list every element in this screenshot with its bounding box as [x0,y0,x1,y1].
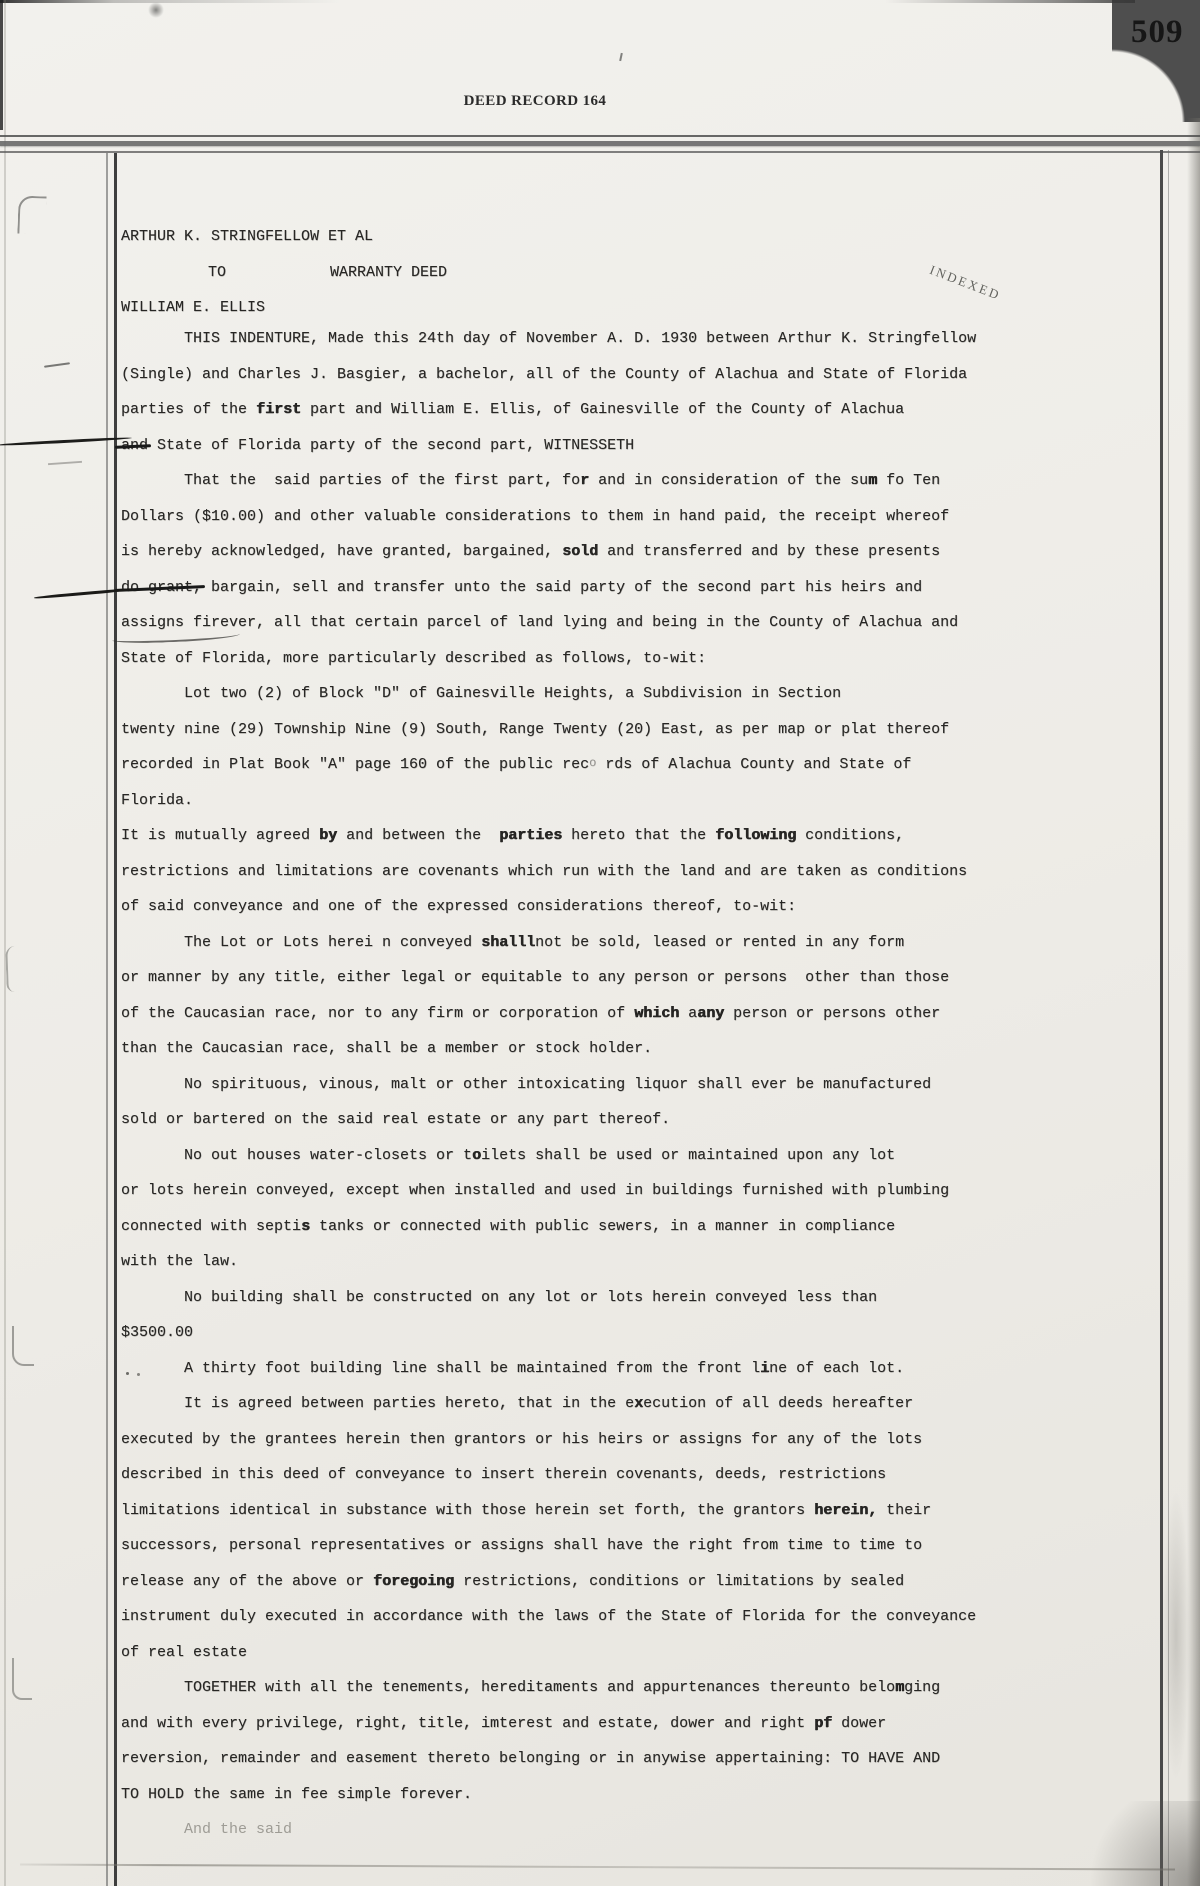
line-segment: instrument duly executed in accordance w… [121,1608,976,1625]
scan-speck [619,53,623,61]
document-line: connected with septis tanks or connected… [121,1218,1041,1254]
document-line: of real estate [121,1644,1041,1680]
scan-edge-left-dark [0,0,3,130]
line-segment: sold or bartered on the said real estate… [121,1111,670,1128]
ghost-typed-line: And the said [121,1821,1041,1851]
line-segment: The Lot or Lots herei n conveyed [184,934,481,951]
line-segment: of the Caucasian race, nor to any firm o… [121,1005,634,1022]
line-segment: A thirty foot building line shall be mai… [184,1360,760,1377]
line-segment: limitations identical in substance with … [121,1502,814,1519]
pen-mark-corner-bracket [12,1326,34,1366]
deed-text-body: THIS INDENTURE, Made this 24th day of No… [121,330,1041,1851]
document-line: release any of the above or foregoing re… [121,1573,1041,1609]
line-segment: fo Ten [877,472,940,489]
line-segment: foregoing [373,1573,454,1590]
header-rule-thin-bottom [0,151,1200,153]
line-segment: release any of the above or [121,1573,373,1590]
document-line: executed by the grantees herein then gra… [121,1431,1041,1467]
header-rule-thin-top [0,135,1200,137]
pen-mark-paren-bracket [5,946,21,992]
line-segment: ne of each lot. [769,1360,904,1377]
line-segment: do grant, [121,579,202,596]
document-line: and with every privilege, right, title, … [121,1715,1041,1751]
line-segment: hereto that the [562,827,715,844]
scan-edge-left [4,0,6,1886]
line-segment: restrictions and limitations are covenan… [121,863,967,880]
line-segment: successors, personal representatives or … [121,1537,922,1554]
document-line: It is agreed between parties hereto, tha… [121,1395,1041,1431]
document-line: reversion, remainder and easement theret… [121,1750,1041,1786]
line-segment: any [697,1005,724,1022]
document-line: assigns firever, all that certain parcel… [121,614,1041,650]
document-line: parties of the first part and William E.… [121,401,1041,437]
line-segment: dower [832,1715,886,1732]
line-segment: m [868,472,877,489]
line-segment: Florida. [121,792,193,809]
document-line: of the Caucasian race, nor to any firm o… [121,1005,1041,1041]
line-segment: sold [562,543,598,560]
line-segment: bargain, sell and transfer unto the said… [202,579,922,596]
document-line: Lot two (2) of Block "D" of Gainesville … [121,685,1041,721]
line-segment: ging [904,1679,940,1696]
line-segment: than the Caucasian race, shall be a memb… [121,1040,652,1057]
pen-mark-dash [48,461,82,465]
line-segment: with the law. [121,1253,238,1270]
document-line: recorded in Plat Book "A" page 160 of th… [121,756,1041,792]
left-margin-rule [106,153,117,1886]
pen-mark-strike-do-grant [34,588,134,600]
document-line: of said conveyance and one of the expres… [121,898,1041,934]
line-segment: tanks or connected with public sewers, i… [310,1218,895,1235]
line-segment: part and William E. Ellis, of Gainesvill… [301,401,904,418]
header-rule-thick [0,141,1200,146]
scan-edge-top [0,0,1135,3]
line-segment: pf [814,1715,832,1732]
document-line: (Single) and Charles J. Basgier, a bache… [121,366,1041,402]
line-segment: i [760,1360,769,1377]
line-segment: Dollars ($10.00) and other valuable cons… [121,508,949,525]
document-line: with the law. [121,1253,1041,1289]
document-line: instrument duly executed in accordance w… [121,1608,1041,1644]
line-segment: connected with septi [121,1218,301,1235]
line-segment: and transferred and by these presents [598,543,940,560]
document-line: THIS INDENTURE, Made this 24th day of No… [121,330,1041,366]
line-segment: State of Florida party of the second par… [148,437,634,454]
document-line: successors, personal representatives or … [121,1537,1041,1573]
document-line: is hereby acknowledged, have granted, ba… [121,543,1041,579]
document-line: State of Florida, more particularly desc… [121,650,1041,686]
document-line: It is mutually agreed by and between the… [121,827,1041,863]
scan-smudge [148,2,164,18]
document-line: A thirty foot building line shall be mai… [121,1360,1041,1396]
line-segment: herein, [814,1502,877,1519]
line-segment: conditions, [796,827,904,844]
line-segment: person or persons other [724,1005,940,1022]
line-segment: and between the [337,827,499,844]
line-segment: s [301,1218,310,1235]
line-segment: described in this deed of conveyance to … [121,1466,886,1483]
page-number: 509 [1131,14,1184,51]
document-line: or lots herein conveyed, except when ins… [121,1182,1041,1218]
document-line: restrictions and limitations are covenan… [121,863,1041,899]
line-segment: ecution of all deeds hereafter [643,1395,913,1412]
line-segment: not be sold, leased or rented in any for… [535,934,904,951]
line-segment: r [580,472,589,489]
line-segment: reversion, remainder and easement theret… [121,1750,940,1767]
line-segment: following [715,827,796,844]
document-line: Dollars ($10.00) and other valuable cons… [121,508,1041,544]
line-segment: No spirituous, vinous, malt or other int… [184,1076,931,1093]
line-segment: TOGETHER with all the tenements, heredit… [184,1679,895,1696]
line-segment: shalll [481,934,535,951]
grantor-name: ARTHUR K. STRINGFELLOW ET AL [121,228,373,245]
pen-mark-dots [126,1372,129,1375]
line-segment: No out houses water-closets or t [184,1147,472,1164]
line-segment: or lots herein conveyed, except when ins… [121,1182,949,1199]
document-line: TO HOLD the same in fee simple forever. [121,1786,1041,1822]
line-segment: of said conveyance and one of the expres… [121,898,796,915]
line-segment: recorded in Plat Book "A" page 160 of th… [121,756,589,773]
line-segment: of real estate [121,1644,247,1661]
document-line: twenty nine (29) Township Nine (9) South… [121,721,1041,757]
line-segment: Lot two (2) of Block "D" of Gainesville … [184,685,841,702]
caption-to-line: TOWARRANTY DEED [121,264,447,281]
document-line: limitations identical in substance with … [121,1502,1041,1538]
line-segment: or manner by any title, either legal or … [121,969,949,986]
line-segment: is hereby acknowledged, have granted, ba… [121,543,562,560]
indexed-stamp: INDEXED [927,262,1003,304]
book-title-header: DEED RECORD 164 [0,93,1070,110]
document-line: No spirituous, vinous, malt or other int… [121,1076,1041,1112]
document-line: $3500.00 [121,1324,1041,1360]
document-line: do grant, bargain, sell and transfer unt… [121,579,1041,615]
line-segment: State of Florida, more particularly desc… [121,650,706,667]
line-segment: twenty nine (29) Township Nine (9) South… [121,721,949,738]
to-label: TO [121,264,226,281]
document-line: and State of Florida party of the second… [121,437,1041,473]
scan-scratch-line [20,1863,1175,1870]
document-line: described in this deed of conveyance to … [121,1466,1041,1502]
line-segment: first [256,401,301,418]
line-segment: (Single) and Charles J. Basgier, a bache… [121,366,967,383]
pen-mark-bracket-top [17,196,46,235]
instrument-type: WARRANTY DEED [226,264,447,281]
line-segment: restrictions, conditions or limitations … [454,1573,904,1590]
scanned-deed-page: { "page": { "number": "509", "book_heade… [0,0,1200,1886]
line-segment: $3500.00 [121,1324,193,1341]
line-segment: It is agreed between parties hereto, tha… [184,1395,634,1412]
line-segment: and with every privilege, right, title, … [121,1715,814,1732]
document-line: or manner by any title, either legal or … [121,969,1041,1005]
grantee-name: WILLIAM E. ELLIS [121,299,265,316]
line-segment: parties of the [121,401,256,418]
line-segment: executed by the grantees herein then gra… [121,1431,922,1448]
document-line: TOGETHER with all the tenements, heredit… [121,1679,1041,1715]
line-segment: That the said parties of the first part,… [184,472,580,489]
document-line: No out houses water-closets or toilets s… [121,1147,1041,1183]
line-segment: parties [499,827,562,844]
line-segment: ilets shall be used or maintained upon a… [481,1147,895,1164]
line-segment: which [634,1005,679,1022]
line-segment: No building shall be constructed on any … [184,1289,877,1306]
line-segment: o [472,1147,481,1164]
line-segment: a [679,1005,697,1022]
line-segment: x [634,1395,643,1412]
document-line: than the Caucasian race, shall be a memb… [121,1040,1041,1076]
line-segment: and [121,437,148,454]
deed-lines: THIS INDENTURE, Made this 24th day of No… [121,330,1041,1821]
line-segment: It is mutually agreed [121,827,319,844]
line-segment: their [877,1502,931,1519]
pen-mark-dash [44,362,70,368]
document-line: sold or bartered on the said real estate… [121,1111,1041,1147]
line-segment: assigns firever, all that certain parcel… [121,614,958,631]
line-segment: o [589,756,596,770]
line-segment: m [895,1679,904,1696]
line-segment: rds of Alachua County and State of [596,756,911,773]
scan-smudge-right [1162,1490,1190,1780]
document-line: The Lot or Lots herei n conveyed shallln… [121,934,1041,970]
line-segment: and in consideration of the su [589,472,868,489]
pen-mark-corner-bracket [12,1658,32,1700]
line-segment: THIS INDENTURE, Made this 24th day of No… [184,330,976,347]
bottom-corner-shadow [1080,1801,1200,1886]
line-segment: by [319,827,337,844]
document-line: No building shall be constructed on any … [121,1289,1041,1325]
document-line: Florida. [121,792,1041,828]
document-line: That the said parties of the first part,… [121,472,1041,508]
line-segment: TO HOLD the same in fee simple forever. [121,1786,472,1803]
